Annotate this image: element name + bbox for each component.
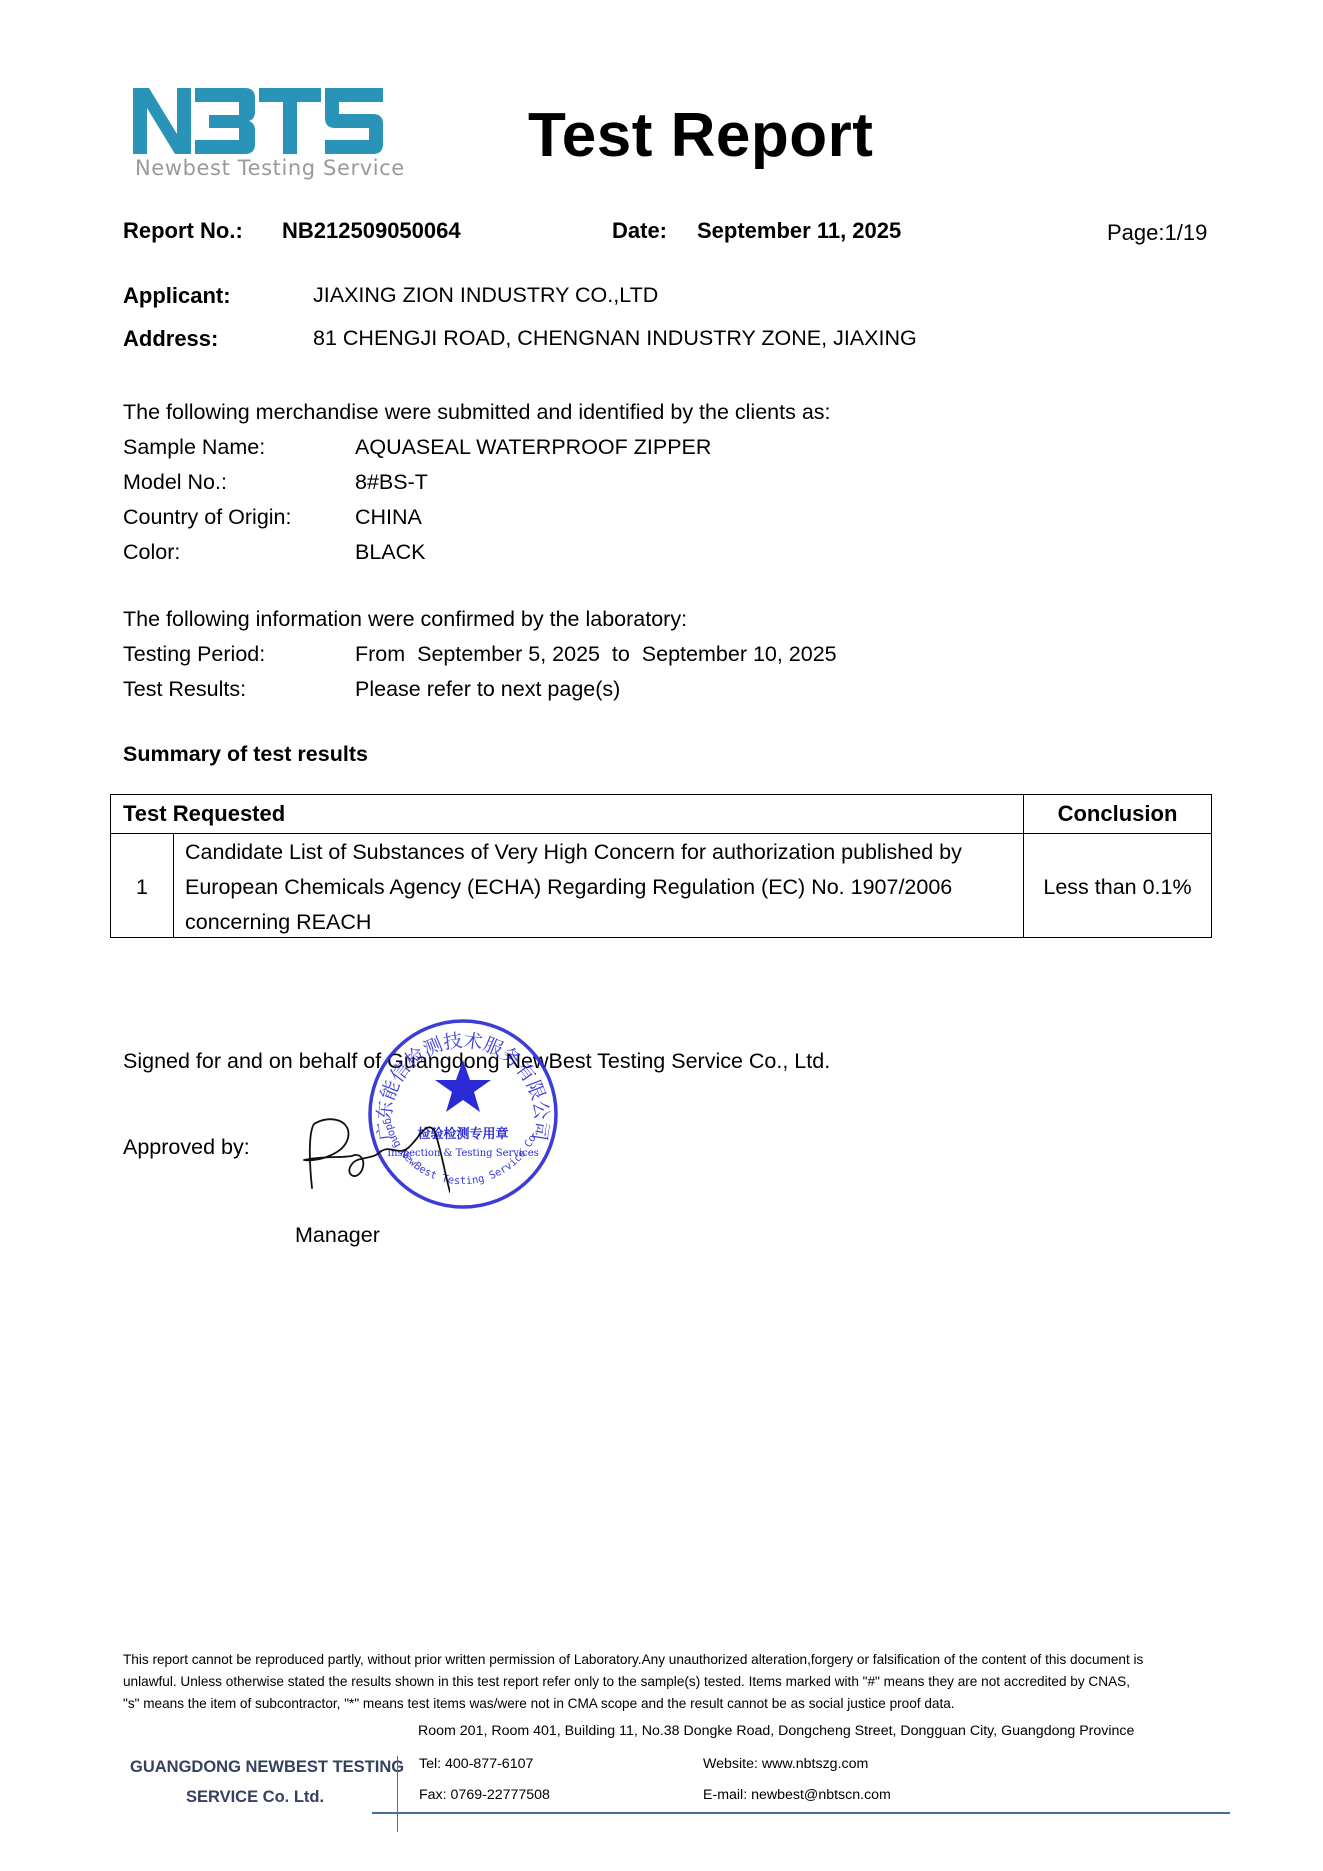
nbts-logo-mark [133, 88, 383, 154]
table-divider [173, 833, 174, 937]
page-title: Test Report [528, 100, 873, 171]
field-label: Color: [123, 540, 180, 565]
footer-divider-vertical [397, 1756, 398, 1832]
field-label: Model No.: [123, 470, 227, 495]
report-no-value: NB212509050064 [282, 218, 461, 244]
applicant-label: Applicant: [123, 283, 231, 309]
manager-signature [300, 1110, 450, 1200]
disclaimer-line: "s" means the item of subcontractor, "*"… [123, 1696, 955, 1711]
approver-role: Manager [295, 1223, 380, 1248]
address-value: 81 CHENGJI ROAD, CHENGNAN INDUSTRY ZONE,… [313, 326, 917, 351]
footer-company-line1: GUANGDONG NEWBEST TESTING [130, 1758, 380, 1777]
disclaimer-line: unlawful. Unless otherwise stated the re… [123, 1674, 1130, 1689]
field-label: Testing Period: [123, 642, 265, 667]
test-results-value: Please refer to next page(s) [355, 677, 620, 702]
page-number: Page:1/19 [1107, 220, 1207, 246]
footer-company-line2: SERVICE Co. Ltd. [130, 1788, 380, 1807]
model-no-value: 8#BS-T [355, 470, 428, 495]
table-divider [111, 833, 1211, 834]
company-logo: Newbest Testing Service [133, 88, 383, 188]
footer-website[interactable]: Website: www.nbtszg.com [703, 1756, 868, 1772]
footer-address: Room 201, Room 401, Building 11, No.38 D… [418, 1723, 1134, 1739]
testing-period-value: From September 5, 2025 to September 10, … [355, 642, 837, 667]
disclaimer-line: This report cannot be reproduced partly,… [123, 1652, 1143, 1667]
merchandise-intro: The following merchandise were submitted… [123, 400, 831, 425]
address-label: Address: [123, 326, 218, 352]
field-label: Test Results: [123, 677, 246, 702]
date-label: Date: [612, 218, 667, 244]
country-value: CHINA [355, 505, 422, 530]
footer-tel: Tel: 400-877-6107 [419, 1756, 533, 1772]
field-label: Sample Name: [123, 435, 265, 460]
summary-title: Summary of test results [123, 742, 368, 767]
test-requested-line: Candidate List of Substances of Very Hig… [185, 840, 962, 865]
footer-divider-horizontal [372, 1812, 1230, 1814]
color-value: BLACK [355, 540, 426, 565]
report-no-label: Report No.: [123, 218, 243, 244]
test-requested-line: European Chemicals Agency (ECHA) Regardi… [185, 875, 952, 900]
test-requested-line: concerning REACH [185, 910, 371, 935]
logo-tagline: Newbest Testing Service [135, 156, 405, 180]
date-value: September 11, 2025 [697, 218, 901, 244]
applicant-value: JIAXING ZION INDUSTRY CO.,LTD [313, 283, 658, 308]
sample-name-value: AQUASEAL WATERPROOF ZIPPER [355, 435, 711, 460]
summary-table: Test Requested Conclusion 1 Candidate Li… [110, 794, 1212, 938]
footer-fax: Fax: 0769-22777508 [419, 1787, 550, 1803]
approved-by-label: Approved by: [123, 1135, 250, 1160]
column-header-test-requested: Test Requested [123, 801, 285, 827]
row-number: 1 [111, 875, 173, 900]
conclusion-value: Less than 0.1% [1023, 875, 1212, 900]
field-label: Country of Origin: [123, 505, 291, 530]
footer-email[interactable]: E-mail: newbest@nbtscn.com [703, 1787, 891, 1803]
laboratory-intro: The following information were confirmed… [123, 607, 687, 632]
column-header-conclusion: Conclusion [1023, 801, 1212, 827]
